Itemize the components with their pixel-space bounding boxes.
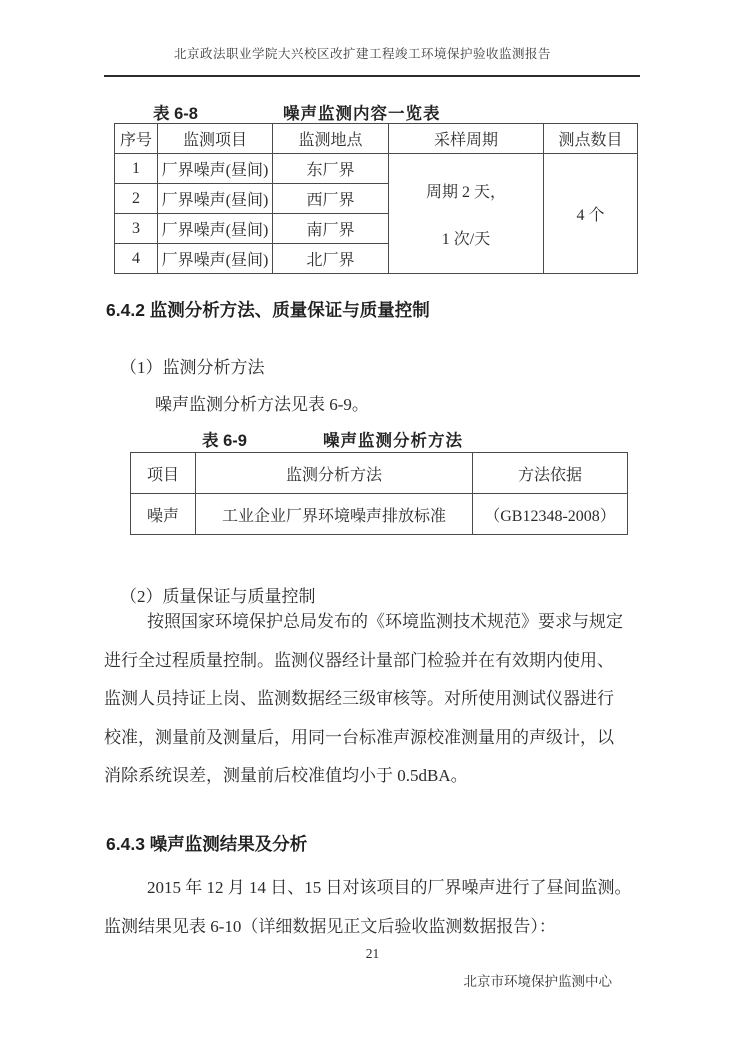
t8-cell-location: 北厂界	[273, 244, 389, 274]
table-6-8-label: 表 6-8	[153, 105, 198, 123]
t8-col-index: 序号	[115, 124, 158, 154]
t8-cell-location: 南厂界	[273, 214, 389, 244]
t8-cell-sampling-period: 周期 2 天， 1 次/天	[389, 154, 544, 274]
document-page: 北京政法职业学院大兴校区改扩建工程竣工环境保护验收监测报告 表 6-8噪声监测内…	[0, 0, 745, 1053]
table-row: 1 厂界噪声(昼间) 东厂界 周期 2 天， 1 次/天 4 个	[115, 154, 638, 184]
t8-cell-index: 1	[115, 154, 158, 184]
paragraph-line: 消除系统误差，测量前后校准值均小于 0.5dBA。	[104, 757, 640, 796]
t8-cell-item: 厂界噪声(昼间)	[158, 154, 273, 184]
table-6-8-caption: 表 6-8噪声监测内容一览表	[105, 100, 440, 124]
t8-col-points: 测点数目	[544, 124, 638, 154]
paragraph-line: 监测结果见表 6-10（详细数据见正文后验收监测数据报告）：	[104, 908, 640, 947]
t8-cell-points-total: 4 个	[544, 154, 638, 274]
t9-cell-basis: （GB12348-2008）	[473, 494, 628, 535]
table-6-9-title: 噪声监测分析方法	[323, 432, 463, 450]
results-paragraph: 2015 年 12 月 14 日、15 日对该项目的厂界噪声进行了昼间监测。 监…	[104, 869, 640, 946]
t8-cell-location: 西厂界	[273, 184, 389, 214]
t8-cell-index: 2	[115, 184, 158, 214]
table-6-9-label: 表 6-9	[202, 432, 247, 450]
table-row: 噪声 工业企业厂界环境噪声排放标准 （GB12348-2008）	[131, 494, 628, 535]
t8-header-row: 序号 监测项目 监测地点 采样周期 测点数目	[115, 124, 638, 154]
t8-cell-item: 厂界噪声(昼间)	[158, 244, 273, 274]
t8-col-period: 采样周期	[389, 124, 544, 154]
paragraph-line: 2015 年 12 月 14 日、15 日对该项目的厂界噪声进行了昼间监测。	[104, 869, 640, 908]
t9-col-method: 监测分析方法	[196, 453, 473, 494]
sampling-period-line2: 1 次/天	[389, 226, 543, 249]
t9-col-basis: 方法依据	[473, 453, 628, 494]
header-divider	[104, 75, 640, 77]
table-6-8-title: 噪声监测内容一览表	[283, 105, 441, 123]
paragraph-line: 按照国家环境保护总局发布的《环境监测技术规范》要求与规定	[104, 603, 640, 642]
t9-cell-method: 工业企业厂界环境噪声排放标准	[196, 494, 473, 535]
t9-header-row: 项目 监测分析方法 方法依据	[131, 453, 628, 494]
paragraph-line: 监测人员持证上岗、监测数据经三级审核等。对所使用测试仪器进行	[104, 680, 640, 719]
footer-organization: 北京市环境保护监测中心	[464, 970, 613, 990]
sampling-period-line1: 周期 2 天，	[389, 179, 543, 202]
report-header-title: 北京政法职业学院大兴校区改扩建工程竣工环境保护验收监测报告	[85, 44, 640, 62]
page-number: 21	[0, 946, 745, 962]
noise-analysis-method-table: 项目 监测分析方法 方法依据 噪声 工业企业厂界环境噪声排放标准 （GB1234…	[130, 452, 628, 535]
t8-col-location: 监测地点	[273, 124, 389, 154]
paragraph-line: 进行全过程质量控制。监测仪器经计量部门检验并在有效期内使用、	[104, 642, 640, 681]
t8-cell-location: 东厂界	[273, 154, 389, 184]
subsection-1-heading: （1）监测分析方法	[120, 353, 265, 378]
t8-cell-index: 4	[115, 244, 158, 274]
noise-monitoring-content-table: 序号 监测项目 监测地点 采样周期 测点数目 1 厂界噪声(昼间) 东厂界 周期…	[114, 123, 638, 274]
table-6-9-caption: 表 6-9噪声监测分析方法	[130, 427, 463, 451]
t8-cell-index: 3	[115, 214, 158, 244]
t8-cell-item: 厂界噪声(昼间)	[158, 214, 273, 244]
section-6-4-3-heading: 6.4.3 噪声监测结果及分析	[106, 831, 307, 856]
t9-col-item: 项目	[131, 453, 196, 494]
t9-cell-item: 噪声	[131, 494, 196, 535]
see-table-6-9-text: 噪声监测分析方法见表 6-9。	[155, 390, 369, 415]
section-6-4-2-heading: 6.4.2 监测分析方法、质量保证与质量控制	[106, 297, 430, 322]
quality-control-paragraph: 按照国家环境保护总局发布的《环境监测技术规范》要求与规定 进行全过程质量控制。监…	[104, 603, 640, 796]
t8-col-item: 监测项目	[158, 124, 273, 154]
paragraph-line: 校准，测量前及测量后，用同一台标准声源校准测量用的声级计，以	[104, 719, 640, 758]
t8-cell-item: 厂界噪声(昼间)	[158, 184, 273, 214]
